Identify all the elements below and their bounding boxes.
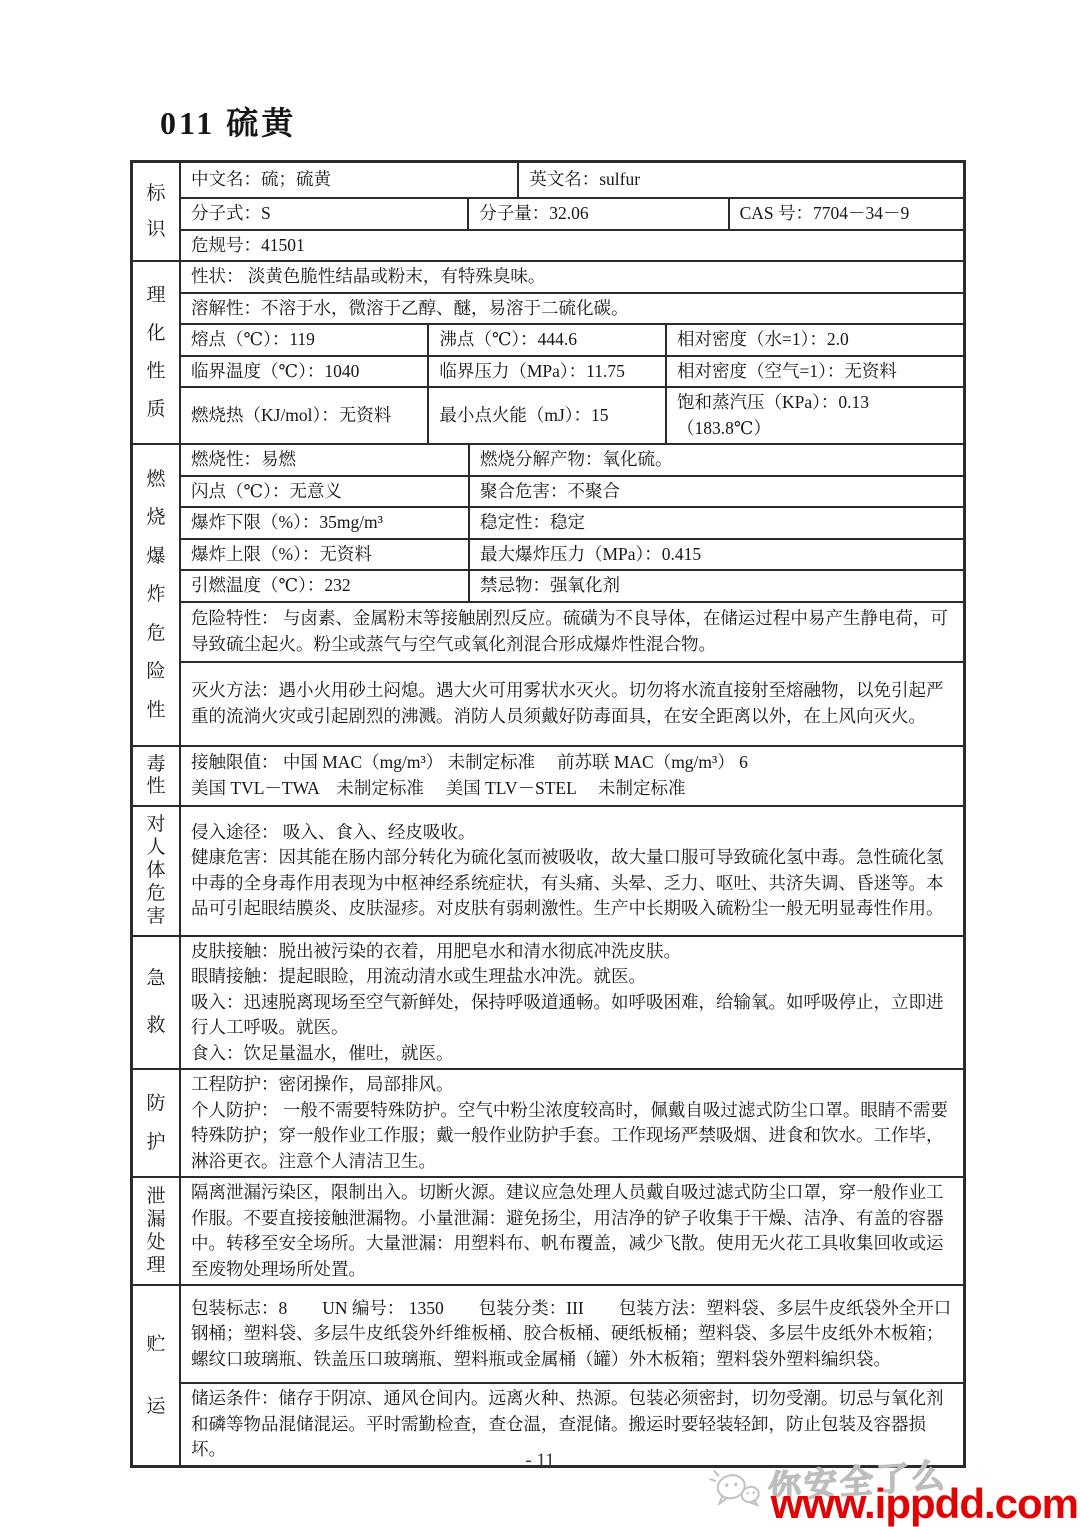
field-ignition-temperature: 引燃温度（℃）：232 xyxy=(181,571,468,601)
section-fire-explosion: 燃烧爆炸危险性 燃烧性：易燃 燃烧分解产物：氧化硫。 闪点（℃）：无意义 聚合危… xyxy=(133,443,963,745)
field-molecular-formula: 分子式：S xyxy=(181,199,467,229)
section-label-health-hazard: 对人体危害 xyxy=(133,807,181,935)
field-appearance: 性状： 淡黄色脆性结晶或粉末，有特殊臭味。 xyxy=(181,262,963,292)
first-aid-ingestion: 食入：饮足量温水，催吐，就医。 xyxy=(191,1041,953,1067)
section-label-leakage-disposal: 泄漏处理 xyxy=(133,1178,181,1284)
first-aid-eyes: 眼睛接触：提起眼睑，用流动清水或生理盐水冲洗。就医。 xyxy=(191,964,953,990)
field-leakage-disposal: 隔离泄漏污染区，限制出入。切断火源。建议应急处理人员戴自吸过滤式防尘口罩，穿一般… xyxy=(181,1178,963,1284)
first-aid-skin: 皮肤接触：脱出被污染的衣着，用肥皂水和清水彻底冲洗皮肤。 xyxy=(191,939,953,965)
personal-protection: 个人防护： 一般不需要特殊防护。空气中粉尘浓度较高时，佩戴自吸过滤式防尘口罩。眼… xyxy=(191,1098,953,1175)
field-saturated-vapor-pressure: 饱和蒸汽压（KPa）：0.13（183.8℃） xyxy=(665,388,963,443)
table-row: 性状： 淡黄色脆性结晶或粉末，有特殊臭味。 xyxy=(181,262,963,292)
field-flammability: 燃烧性：易燃 xyxy=(181,445,468,475)
field-polymerization-hazard: 聚合危害：不聚合 xyxy=(468,477,963,507)
field-first-aid: 皮肤接触：脱出被污染的衣着，用肥皂水和清水彻底冲洗皮肤。 眼睛接触：提起眼睑，用… xyxy=(181,937,963,1069)
section-label-toxicity: 毒性 xyxy=(133,747,181,805)
section-identification: 标识 中文名：硫；硫黄 英文名：sulfur 分子式：S 分子量：32.06 C… xyxy=(133,163,963,260)
table-row: 临界温度（℃）：1040 临界压力（MPa）：11.75 相对密度（空气=1）：… xyxy=(181,355,963,387)
msds-table: 标识 中文名：硫；硫黄 英文名：sulfur 分子式：S 分子量：32.06 C… xyxy=(130,160,966,1468)
field-hazard-code: 危规号：41501 xyxy=(181,231,963,261)
field-flash-point: 闪点（℃）：无意义 xyxy=(181,477,468,507)
table-row: 溶解性：不溶于水，微溶于乙醇、醚，易溶于二硫化碳。 xyxy=(181,292,963,324)
table-row: 包装标志：8 UN 编号： 1350 包装分类：III 包装方法：塑料袋、多层牛… xyxy=(181,1286,963,1382)
section-first-aid: 急救 皮肤接触：脱出被污染的衣着，用肥皂水和清水彻底冲洗皮肤。 眼睛接触：提起眼… xyxy=(133,935,963,1069)
first-aid-inhalation: 吸入：迅速脱离现场至空气新鲜处，保持呼吸道通畅。如呼吸困难，给输氧。如呼吸停止，… xyxy=(191,990,953,1041)
table-row: 燃烧性：易燃 燃烧分解产物：氧化硫。 xyxy=(181,445,963,475)
table-row: 接触限值： 中国 MAC（mg/m³） 未制定标准 前苏联 MAC（mg/m³）… xyxy=(181,747,963,805)
section-toxicity: 毒性 接触限值： 中国 MAC（mg/m³） 未制定标准 前苏联 MAC（mg/… xyxy=(133,745,963,805)
field-chinese-name: 中文名：硫；硫黄 xyxy=(181,163,517,197)
field-english-name: 英文名：sulfur xyxy=(517,163,963,197)
exposure-limit-line: 美国 TVL－TWA 未制定标准 美国 TLV－STEL 未制定标准 xyxy=(191,776,953,802)
section-label-protection: 防护 xyxy=(133,1070,181,1176)
section-physical-chemical: 理化性质 性状： 淡黄色脆性结晶或粉末，有特殊臭味。 溶解性：不溶于水，微溶于乙… xyxy=(133,260,963,443)
table-row: 危规号：41501 xyxy=(181,229,963,261)
table-row: 引燃温度（℃）：232 禁忌物：强氧化剂 xyxy=(181,569,963,601)
field-relative-density-air: 相对密度（空气=1）：无资料 xyxy=(665,357,963,387)
field-explosion-upper-limit: 爆炸上限（%）：无资料 xyxy=(181,540,468,570)
field-stability: 稳定性：稳定 xyxy=(468,508,963,538)
field-max-explosion-pressure: 最大爆炸压力（MPa）：0.415 xyxy=(468,540,963,570)
section-label-first-aid: 急救 xyxy=(133,937,181,1069)
section-storage-transport: 贮运 包装标志：8 UN 编号： 1350 包装分类：III 包装方法：塑料袋、… xyxy=(133,1284,963,1465)
section-label-storage-transport: 贮运 xyxy=(133,1286,181,1465)
field-explosion-lower-limit: 爆炸下限（%）：35mg/m³ xyxy=(181,508,468,538)
section-label-fire-explosion: 燃烧爆炸危险性 xyxy=(133,445,181,745)
engineering-protection: 工程防护：密闭操作，局部排风。 xyxy=(191,1072,953,1098)
field-hazard-characteristics: 危险特性： 与卤素、金属粉末等接触剧烈反应。硫磺为不良导体，在储运过程中易产生静… xyxy=(181,603,963,661)
section-protection: 防护 工程防护：密闭操作，局部排风。 个人防护： 一般不需要特殊防护。空气中粉尘… xyxy=(133,1068,963,1176)
field-melting-point: 熔点（℃）：119 xyxy=(181,325,427,355)
field-critical-temperature: 临界温度（℃）：1040 xyxy=(181,357,427,387)
table-row: 工程防护：密闭操作，局部排风。 个人防护： 一般不需要特殊防护。空气中粉尘浓度较… xyxy=(181,1070,963,1176)
field-combustion-heat: 燃烧热（KJ/mol）：无资料 xyxy=(181,388,427,443)
exposure-limit-line: 接触限值： 中国 MAC（mg/m³） 未制定标准 前苏联 MAC（mg/m³）… xyxy=(191,750,953,776)
table-row: 闪点（℃）：无意义 聚合危害：不聚合 xyxy=(181,475,963,507)
section-label-physical-chemical: 理化性质 xyxy=(133,262,181,443)
health-hazard-text: 健康危害：因其能在肠内部分转化为硫化氢而被吸收，故大量口服可导致硫化氢中毒。急性… xyxy=(191,845,953,922)
table-row: 侵入途径： 吸入、食入、经皮吸收。 健康危害：因其能在肠内部分转化为硫化氢而被吸… xyxy=(181,807,963,935)
table-row: 爆炸下限（%）：35mg/m³ 稳定性：稳定 xyxy=(181,506,963,538)
field-protection: 工程防护：密闭操作，局部排风。 个人防护： 一般不需要特殊防护。空气中粉尘浓度较… xyxy=(181,1070,963,1176)
table-row: 分子式：S 分子量：32.06 CAS 号：7704－34－9 xyxy=(181,197,963,229)
field-molecular-weight: 分子量：32.06 xyxy=(467,199,727,229)
wechat-icon xyxy=(708,1463,762,1513)
table-row: 爆炸上限（%）：无资料 最大爆炸压力（MPa）：0.415 xyxy=(181,538,963,570)
field-incompatibilities: 禁忌物：强氧化剂 xyxy=(468,571,963,601)
field-packaging: 包装标志：8 UN 编号： 1350 包装分类：III 包装方法：塑料袋、多层牛… xyxy=(181,1286,963,1382)
table-row: 皮肤接触：脱出被污染的衣着，用肥皂水和清水彻底冲洗皮肤。 眼睛接触：提起眼睑，用… xyxy=(181,937,963,1069)
table-row: 灭火方法：遇小火用砂土闷熄。遇大火可用雾状水灭火。切勿将水流直接射至熔融物，以免… xyxy=(181,661,963,745)
table-row: 危险特性： 与卤素、金属粉末等接触剧烈反应。硫磺为不良导体，在储运过程中易产生静… xyxy=(181,601,963,661)
table-row: 熔点（℃）：119 沸点（℃）：444.6 相对密度（水=1）：2.0 xyxy=(181,323,963,355)
section-health-hazard: 对人体危害 侵入途径： 吸入、食入、经皮吸收。 健康危害：因其能在肠内部分转化为… xyxy=(133,805,963,935)
watermark-url: www.ippdd.com xyxy=(771,1480,1078,1527)
table-row: 中文名：硫；硫黄 英文名：sulfur xyxy=(181,163,963,197)
field-cas-number: CAS 号：7704－34－9 xyxy=(728,199,963,229)
routes-of-entry: 侵入途径： 吸入、食入、经皮吸收。 xyxy=(191,820,953,846)
table-row: 燃烧热（KJ/mol）：无资料 最小点火能（mJ）：15 饱和蒸汽压（KPa）：… xyxy=(181,386,963,443)
field-health-hazard: 侵入途径： 吸入、食入、经皮吸收。 健康危害：因其能在肠内部分转化为硫化氢而被吸… xyxy=(181,807,963,935)
page-title: 011 硫黄 xyxy=(160,98,296,144)
table-row: 隔离泄漏污染区，限制出入。切断火源。建议应急处理人员戴自吸过滤式防尘口罩，穿一般… xyxy=(181,1178,963,1284)
field-boiling-point: 沸点（℃）：444.6 xyxy=(427,325,665,355)
field-min-ignition-energy: 最小点火能（mJ）：15 xyxy=(427,388,665,443)
field-combustion-products: 燃烧分解产物：氧化硫。 xyxy=(468,445,963,475)
field-critical-pressure: 临界压力（MPa）：11.75 xyxy=(427,357,665,387)
field-exposure-limits: 接触限值： 中国 MAC（mg/m³） 未制定标准 前苏联 MAC（mg/m³）… xyxy=(181,747,963,805)
msds-page: 011 硫黄 标识 中文名：硫；硫黄 英文名：sulfur 分子式：S 分子量：… xyxy=(0,0,1080,1527)
field-fire-fighting-methods: 灭火方法：遇小火用砂土闷熄。遇大火可用雾状水灭火。切勿将水流直接射至熔融物，以免… xyxy=(181,663,963,745)
section-leakage-disposal: 泄漏处理 隔离泄漏污染区，限制出入。切断火源。建议应急处理人员戴自吸过滤式防尘口… xyxy=(133,1176,963,1284)
field-relative-density-water: 相对密度（水=1）：2.0 xyxy=(665,325,963,355)
section-label-identification: 标识 xyxy=(133,163,181,260)
field-solubility: 溶解性：不溶于水，微溶于乙醇、醚，易溶于二硫化碳。 xyxy=(181,294,963,324)
